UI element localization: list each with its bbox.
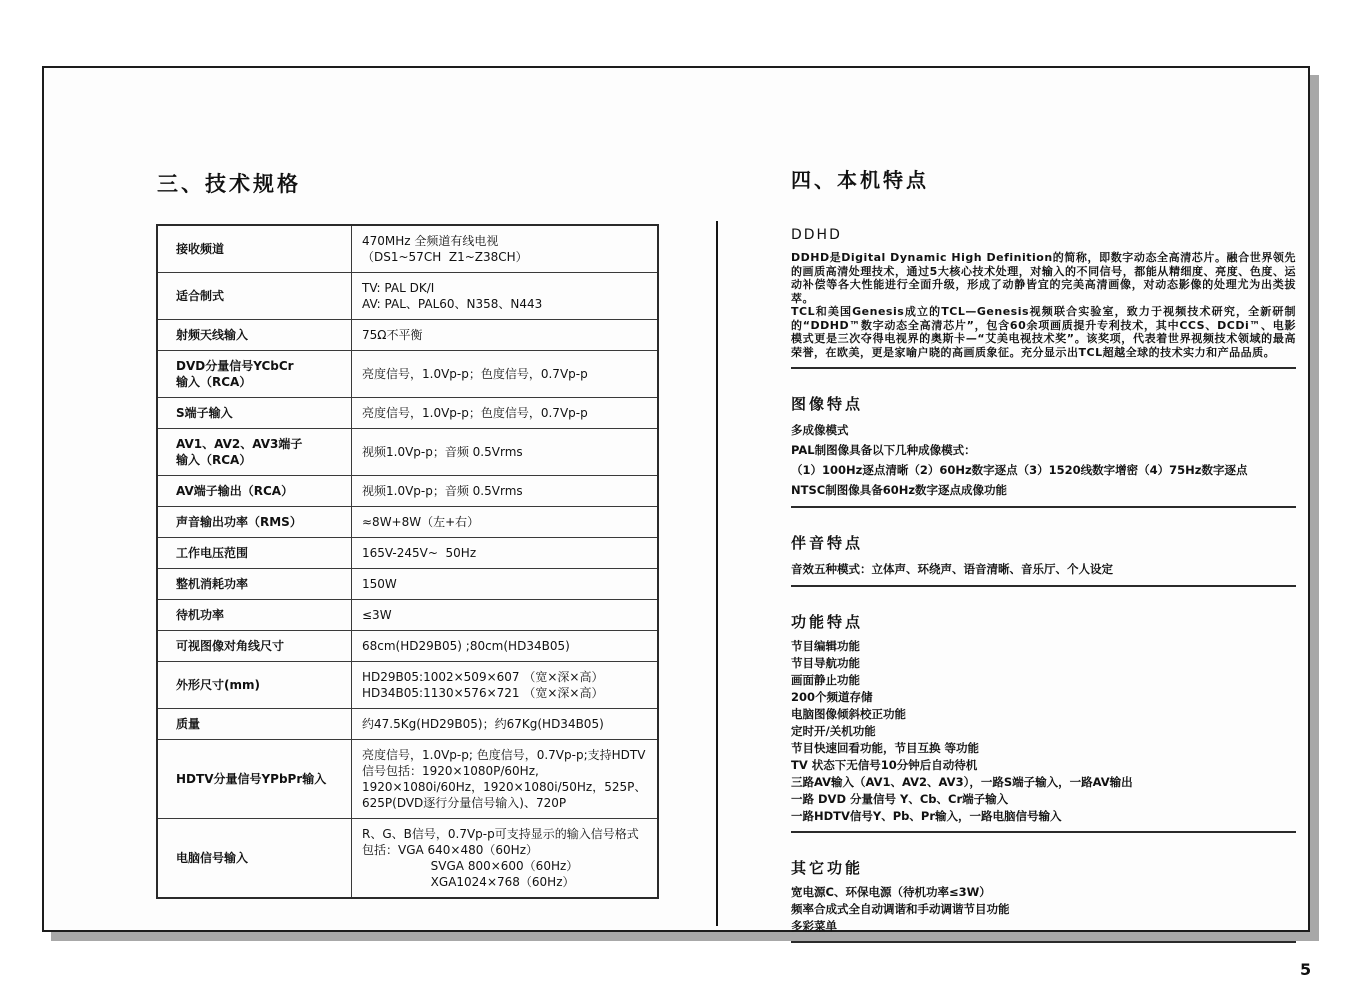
manual-page: 三、技术规格 接收频道 470MHz 全频道有线电视 （DS1~57CH Z1~…: [42, 66, 1310, 932]
section-line: （1）100Hz逐点清晰（2）60Hz数字逐点（3）1520线数字增密（4）75…: [791, 460, 1296, 480]
spec-label: 电脑信号输入: [157, 819, 352, 899]
section-line: 定时开/关机功能: [791, 723, 1296, 740]
table-row: 外形尺寸(mm) HD29B05:1002×509×607 （宽×深×高） HD…: [157, 662, 658, 709]
section-line: PAL制图像具备以下几种成像模式：: [791, 440, 1296, 460]
spec-label: S端子输入: [157, 398, 352, 429]
section-line: 宽电源C、环保电源（待机功率≤3W）: [791, 884, 1296, 901]
section-line: 三路AV输入（AV1、AV2、AV3），一路S端子输入，一路AV输出: [791, 774, 1296, 791]
spec-label: 声音输出功率（RMS）: [157, 507, 352, 538]
page-number: 5: [1300, 960, 1311, 979]
table-row: DVD分量信号YCbCr 输入（RCA） 亮度信号，1.0Vp-p；色度信号，0…: [157, 351, 658, 398]
spec-value: 75Ω不平衡: [352, 320, 659, 351]
section-line: 节目快速回看功能，节目互换 等功能: [791, 740, 1296, 757]
spec-value: 165V-245V~ 50Hz: [352, 538, 659, 569]
spec-value: TV: PAL DK/I AV: PAL、PAL60、N358、N443: [352, 273, 659, 320]
section-line: NTSC制图像具备60Hz数字逐点成像功能: [791, 480, 1296, 500]
right-section-title: 四、本机特点: [791, 164, 1296, 193]
spec-label: 质量: [157, 709, 352, 740]
section-image-features: 图像特点 多成像模式 PAL制图像具备以下几种成像模式： （1）100Hz逐点清…: [791, 393, 1296, 508]
table-row: S端子输入 亮度信号，1.0Vp-p；色度信号，0.7Vp-p: [157, 398, 658, 429]
table-row: 可视图像对角线尺寸 68cm(HD29B05) ;80cm(HD34B05): [157, 631, 658, 662]
spec-label: 外形尺寸(mm): [157, 662, 352, 709]
section-line: 节目编辑功能: [791, 638, 1296, 655]
spec-label: 待机功率: [157, 600, 352, 631]
spec-value: 视频1.0Vp-p；音频 0.5Vrms: [352, 476, 659, 507]
spec-value: HD29B05:1002×509×607 （宽×深×高） HD34B05:113…: [352, 662, 659, 709]
section-line: 电脑图像倾斜校正功能: [791, 706, 1296, 723]
spec-label: DVD分量信号YCbCr 输入（RCA）: [157, 351, 352, 398]
section-line: 频率合成式全自动调谐和手动调谐节目功能: [791, 901, 1296, 918]
section-audio-features: 伴音特点 音效五种模式：立体声、环绕声、语音清晰、音乐厅、个人设定: [791, 532, 1296, 587]
section-paragraph: DDHD是Digital Dynamic High Definition的简称，…: [791, 251, 1296, 367]
section-line: 画面静止功能: [791, 672, 1296, 689]
spec-label: 可视图像对角线尺寸: [157, 631, 352, 662]
spec-value: 亮度信号，1.0Vp-p；色度信号，0.7Vp-p: [352, 398, 659, 429]
table-row: AV1、AV2、AV3端子 输入（RCA） 视频1.0Vp-p；音频 0.5Vr…: [157, 429, 658, 476]
section-other-functions: 其它功能 宽电源C、环保电源（待机功率≤3W） 频率合成式全自动调谐和手动调谐节…: [791, 857, 1296, 943]
table-row: 适合制式 TV: PAL DK/I AV: PAL、PAL60、N358、N44…: [157, 273, 658, 320]
spec-value: 约47.5Kg(HD29B05)；约67Kg(HD34B05): [352, 709, 659, 740]
right-column: 四、本机特点 DDHD DDHD是Digital Dynamic High De…: [791, 164, 1296, 967]
section-line: 200个频道存储: [791, 689, 1296, 706]
section-line: 多彩菜单: [791, 918, 1296, 935]
table-row: 接收频道 470MHz 全频道有线电视 （DS1~57CH Z1~Z38CH）: [157, 225, 658, 273]
table-row: 整机消耗功率 150W: [157, 569, 658, 600]
column-divider: [716, 221, 718, 926]
section-line: 节目导航功能: [791, 655, 1296, 672]
section-heading: DDHD: [791, 227, 1296, 243]
table-row: 射频天线输入 75Ω不平衡: [157, 320, 658, 351]
spec-label: AV1、AV2、AV3端子 输入（RCA）: [157, 429, 352, 476]
spec-value: 150W: [352, 569, 659, 600]
spec-label: 工作电压范围: [157, 538, 352, 569]
table-row: 声音输出功率（RMS） ≈8W+8W（左+右）: [157, 507, 658, 538]
section-ddhd: DDHD DDHD是Digital Dynamic High Definitio…: [791, 227, 1296, 369]
spec-label: 适合制式: [157, 273, 352, 320]
spec-value: 视频1.0Vp-p；音频 0.5Vrms: [352, 429, 659, 476]
spec-label: HDTV分量信号YPbPr输入: [157, 740, 352, 819]
spec-label: AV端子输出（RCA）: [157, 476, 352, 507]
spec-value: 68cm(HD29B05) ;80cm(HD34B05): [352, 631, 659, 662]
section-line: 音效五种模式：立体声、环绕声、语音清晰、音乐厅、个人设定: [791, 559, 1296, 579]
spec-value: 亮度信号，1.0Vp-p; 色度信号，0.7Vp-p;支持HDTV信号包括：19…: [352, 740, 659, 819]
section-heading: 伴音特点: [791, 532, 1296, 553]
table-row: 待机功率 ≤3W: [157, 600, 658, 631]
spec-label: 整机消耗功率: [157, 569, 352, 600]
section-function-features: 功能特点 节目编辑功能 节目导航功能 画面静止功能 200个频道存储 电脑图像倾…: [791, 611, 1296, 833]
table-row: 工作电压范围 165V-245V~ 50Hz: [157, 538, 658, 569]
spec-label: 接收频道: [157, 225, 352, 273]
section-heading: 图像特点: [791, 393, 1296, 414]
spec-table: 接收频道 470MHz 全频道有线电视 （DS1~57CH Z1~Z38CH） …: [156, 224, 659, 899]
spec-value: R、G、B信号，0.7Vp-p可支持显示的输入信号格式包括：VGA 640×48…: [352, 819, 659, 899]
section-line: 一路 DVD 分量信号 Y、Cb、Cr端子输入: [791, 791, 1296, 808]
table-row: HDTV分量信号YPbPr输入 亮度信号，1.0Vp-p; 色度信号，0.7Vp…: [157, 740, 658, 819]
spec-value: 亮度信号，1.0Vp-p；色度信号，0.7Vp-p: [352, 351, 659, 398]
left-section-title: 三、技术规格: [157, 168, 301, 198]
section-heading: 其它功能: [791, 857, 1296, 878]
table-row: AV端子输出（RCA） 视频1.0Vp-p；音频 0.5Vrms: [157, 476, 658, 507]
section-line: 一路HDTV信号Y、Pb、Pr输入，一路电脑信号输入: [791, 808, 1296, 825]
section-heading: 功能特点: [791, 611, 1296, 632]
spec-value: ≤3W: [352, 600, 659, 631]
section-line: 多成像模式: [791, 420, 1296, 440]
spec-value: ≈8W+8W（左+右）: [352, 507, 659, 538]
table-row: 质量 约47.5Kg(HD29B05)；约67Kg(HD34B05): [157, 709, 658, 740]
spec-value: 470MHz 全频道有线电视 （DS1~57CH Z1~Z38CH）: [352, 225, 659, 273]
table-row: 电脑信号输入 R、G、B信号，0.7Vp-p可支持显示的输入信号格式包括：VGA…: [157, 819, 658, 899]
section-line: TV 状态下无信号10分钟后自动待机: [791, 757, 1296, 774]
spec-label: 射频天线输入: [157, 320, 352, 351]
